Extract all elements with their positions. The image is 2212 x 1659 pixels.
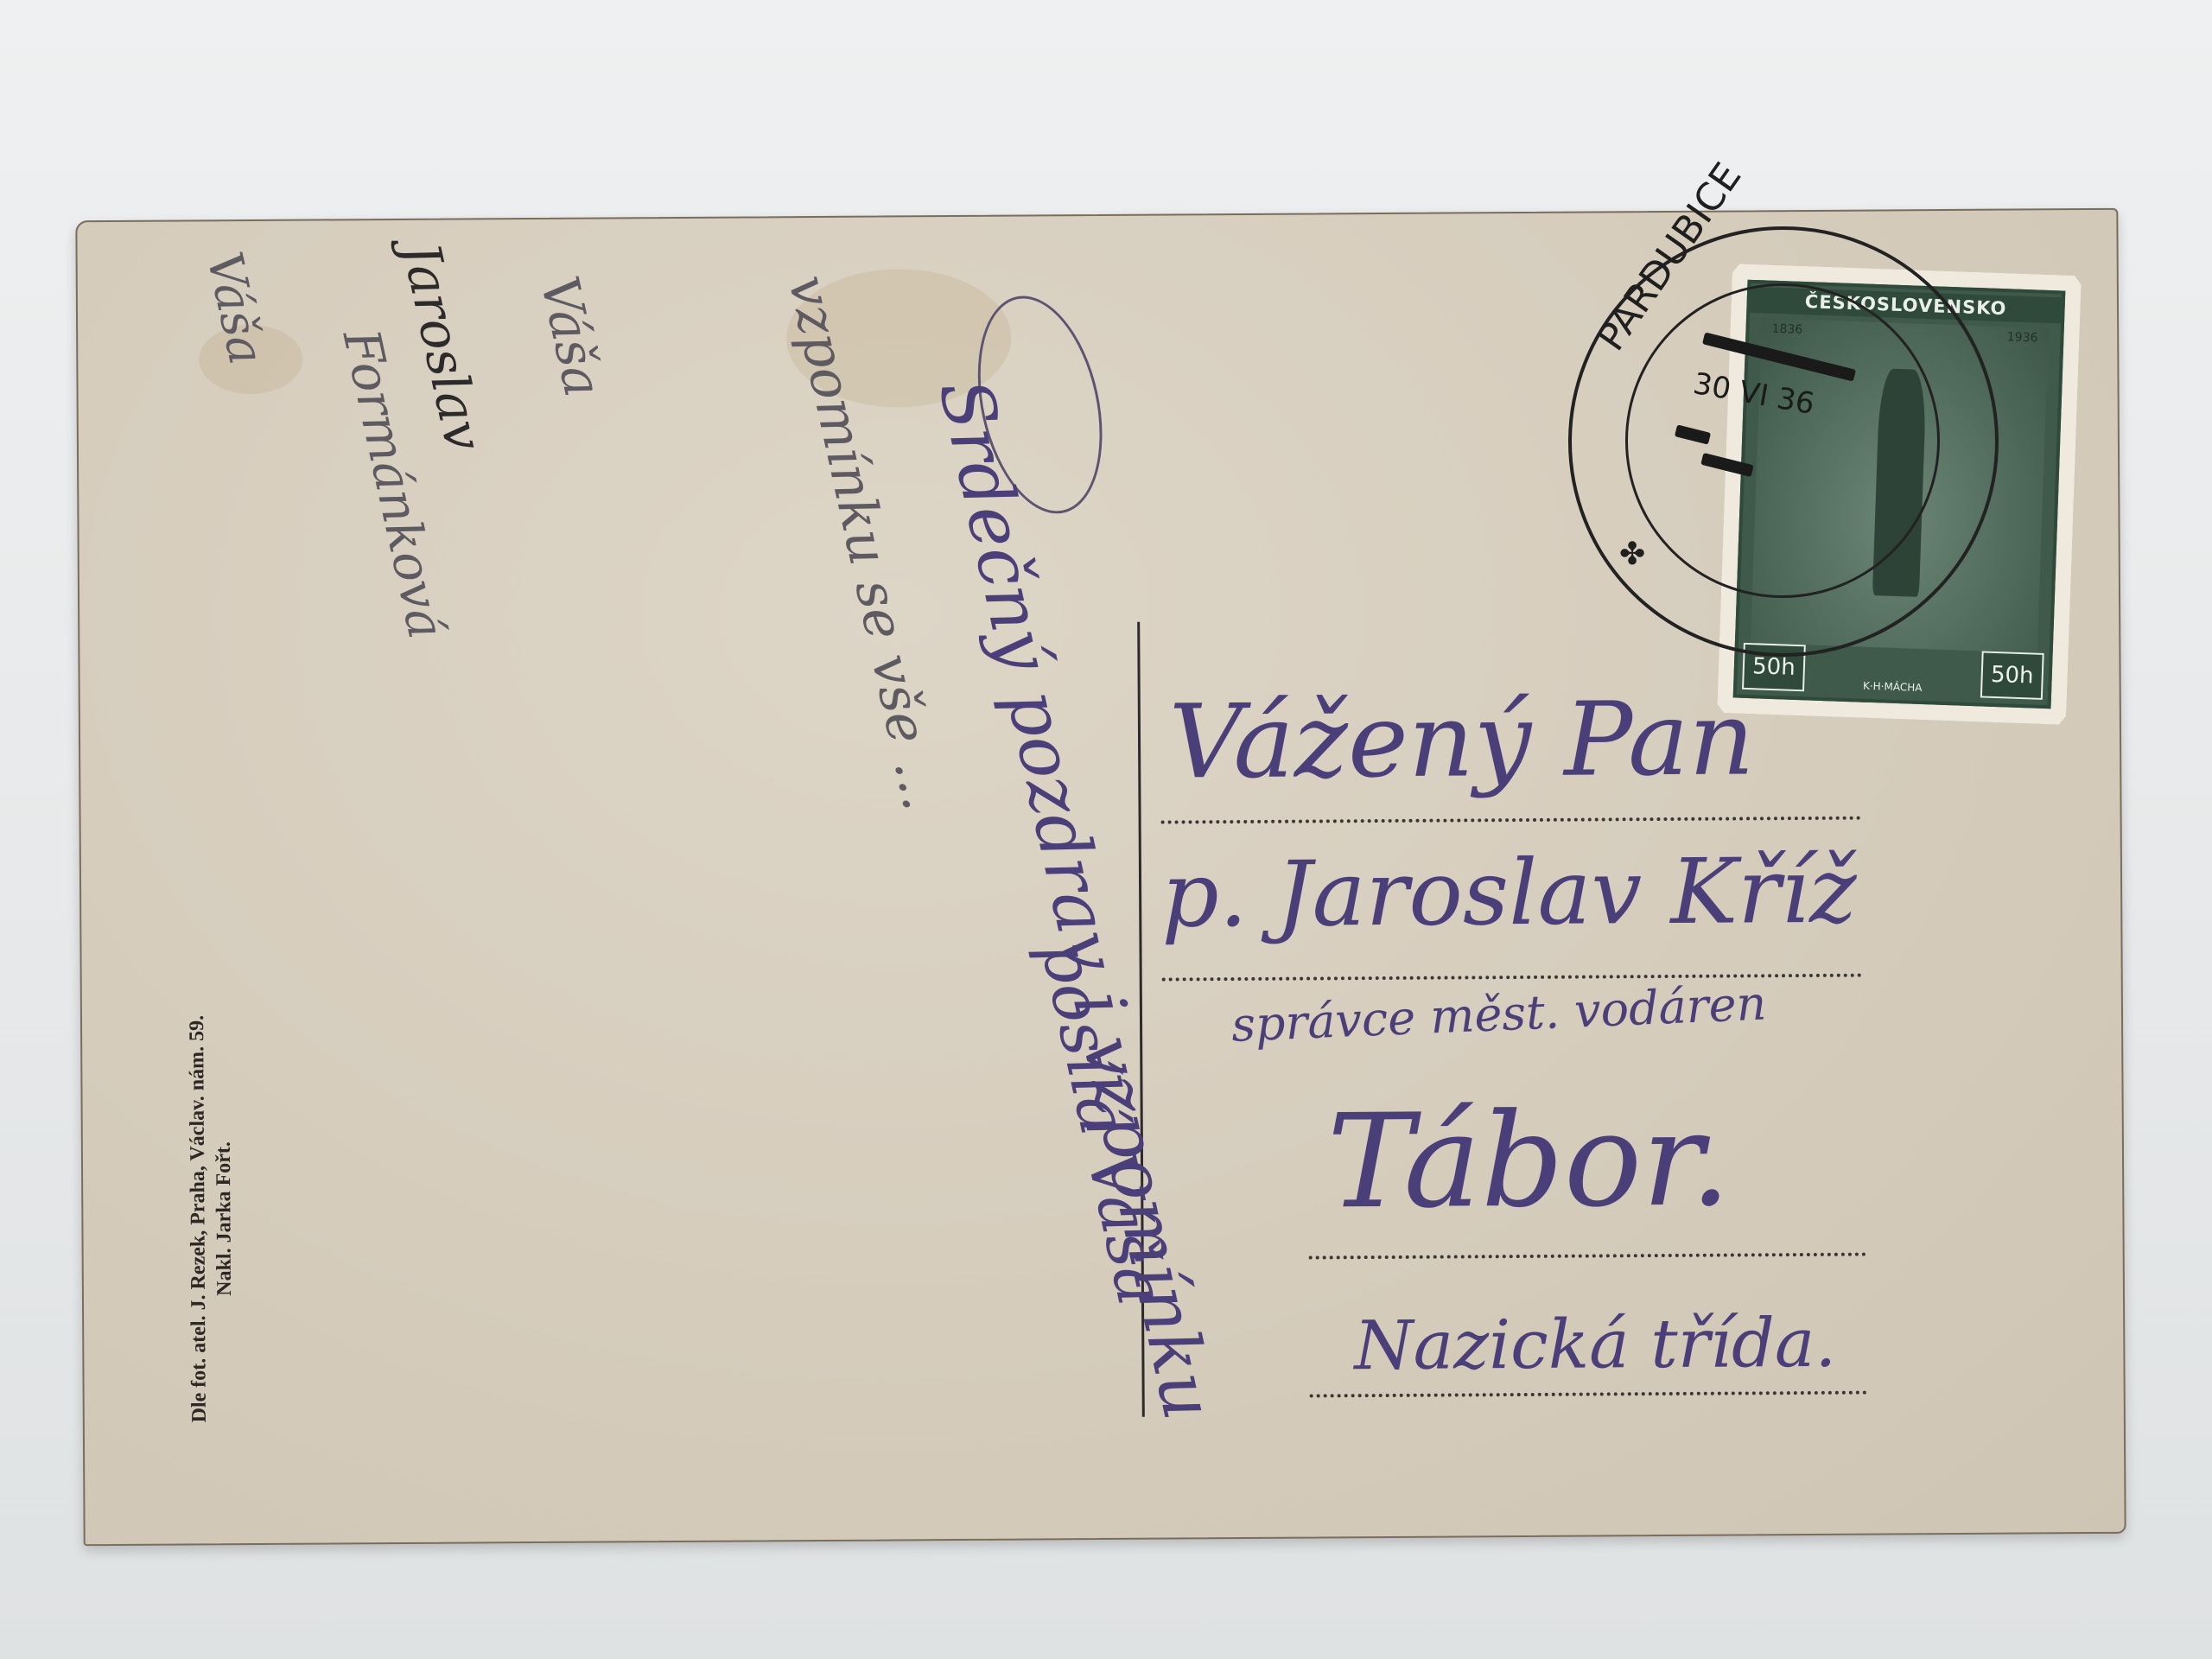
postmark: PARDUBICE 30 VI 36 ✤ [1568, 226, 1999, 657]
address-street: Nazická třída. [1354, 1305, 1836, 1385]
address-salutation: Vážený Pan [1169, 678, 1755, 801]
imprint-line-2: Nakl. Jarka Fořt. [210, 1015, 238, 1423]
postmark-ornament-icon: ✤ [1619, 537, 1645, 572]
address-name: p. Jaroslav Kříž [1161, 838, 1857, 948]
imprint-line-1: Dle fot. atel. J. Rezek, Praha, Václav. … [184, 1015, 213, 1423]
address-line-3 [1309, 1253, 1866, 1260]
address-occupation: správce měst. vodáren [1230, 976, 1767, 1052]
message-line-3: Váša [528, 271, 613, 403]
address-city: Tábor. [1326, 1085, 1731, 1238]
postmark-inner-ring [1625, 283, 1940, 598]
stamp-value-right: 50h [1980, 651, 2044, 699]
address-line-1 [1161, 817, 1861, 824]
stamp-year-right: 1936 [2006, 330, 2037, 345]
publisher-imprint: Dle fot. atel. J. Rezek, Praha, Václav. … [184, 1015, 238, 1423]
stamp-subject: K·H·MÁCHA [1815, 678, 1970, 696]
address-line-4 [1310, 1391, 1867, 1398]
